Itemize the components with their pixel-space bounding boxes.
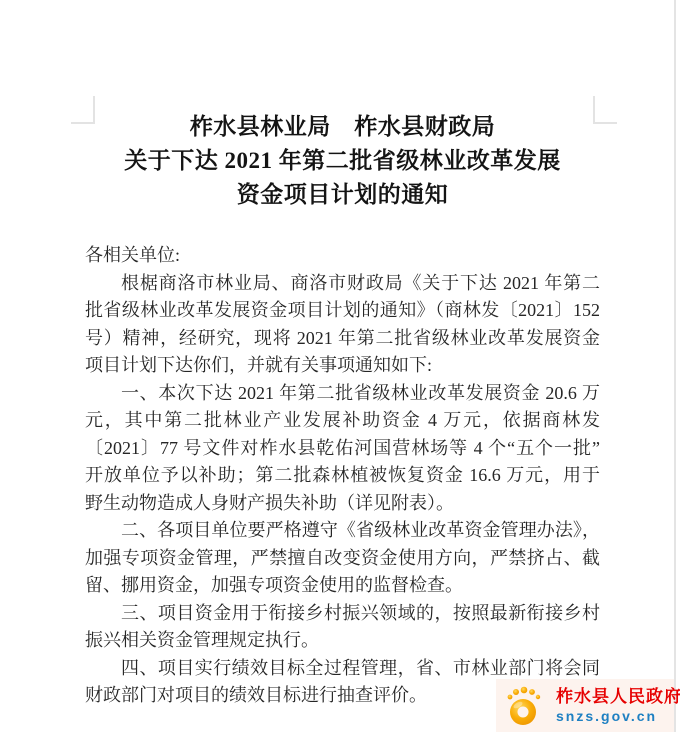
body-line: 一、本次下达 2021 年第二批省级林业改革发展资金 20.6 万 xyxy=(85,380,600,408)
body-line: 各相关单位: xyxy=(85,242,600,270)
body-line: 开放单位予以补助；第二批森林植被恢复资金 16.6 万元，用于 xyxy=(85,462,600,490)
body-line: 项目计划下达你们，并就有关事项通知如下: xyxy=(85,352,600,380)
body-line: 元，其中第二批林业产业发展补助资金 4 万元，依据商林发 xyxy=(85,407,600,435)
body-line: 四、项目实行绩效目标全过程管理，省、市林业部门将会同 xyxy=(85,655,600,683)
body-line: 号）精神，经研究，现将 2021 年第二批省级林业改革发展资金 xyxy=(85,325,600,353)
gov-site-text: 柞水县人民政府 snzs.gov.cn xyxy=(556,687,680,725)
body-line: 〔2021〕77 号文件对柞水县乾佑河国营林场等 4 个“五个一批” xyxy=(85,435,600,463)
doc-title-line-3: 资金项目计划的通知 xyxy=(85,178,600,212)
gov-site-watermark: 柞水县人民政府 snzs.gov.cn xyxy=(496,679,674,732)
body-line: 二、各项目单位要严格遵守《省级林业改革资金管理办法》， xyxy=(85,517,600,545)
body-line: 野生动物造成人身财产损失补助（详见附表）。 xyxy=(85,490,600,518)
document-page: 柞水县林业局 柞水县财政局 关于下达 2021 年第二批省级林业改革发展 资金项… xyxy=(0,0,680,732)
page-edge-line xyxy=(674,0,676,732)
gov-site-name: 柞水县人民政府 xyxy=(556,687,680,706)
gov-site-domain: snzs.gov.cn xyxy=(556,708,680,725)
document-body: 各相关单位:根椐商洛市林业局、商洛市财政局《关于下达 2021 年第二批省级林业… xyxy=(85,242,600,710)
body-line: 三、项目资金用于衔接乡村振兴领域的，按照最新衔接乡村 xyxy=(85,600,600,628)
body-line: 根椐商洛市林业局、商洛市财政局《关于下达 2021 年第二 xyxy=(85,270,600,298)
doc-title-line-1: 柞水县林业局 柞水县财政局 xyxy=(85,110,600,144)
body-line: 加强专项资金管理，严禁擅自改变资金使用方向，严禁挤占、截 xyxy=(85,545,600,573)
footprint-icon xyxy=(503,684,547,728)
body-line: 留、挪用资金，加强专项资金使用的监督检查。 xyxy=(85,572,600,600)
body-line: 振兴相关资金管理规定执行。 xyxy=(85,627,600,655)
doc-title-line-2: 关于下达 2021 年第二批省级林业改革发展 xyxy=(85,144,600,178)
body-line: 批省级林业改革发展资金项目计划的通知》（商林发〔2021〕152 xyxy=(85,297,600,325)
doc-title: 柞水县林业局 柞水县财政局 关于下达 2021 年第二批省级林业改革发展 资金项… xyxy=(85,110,600,212)
